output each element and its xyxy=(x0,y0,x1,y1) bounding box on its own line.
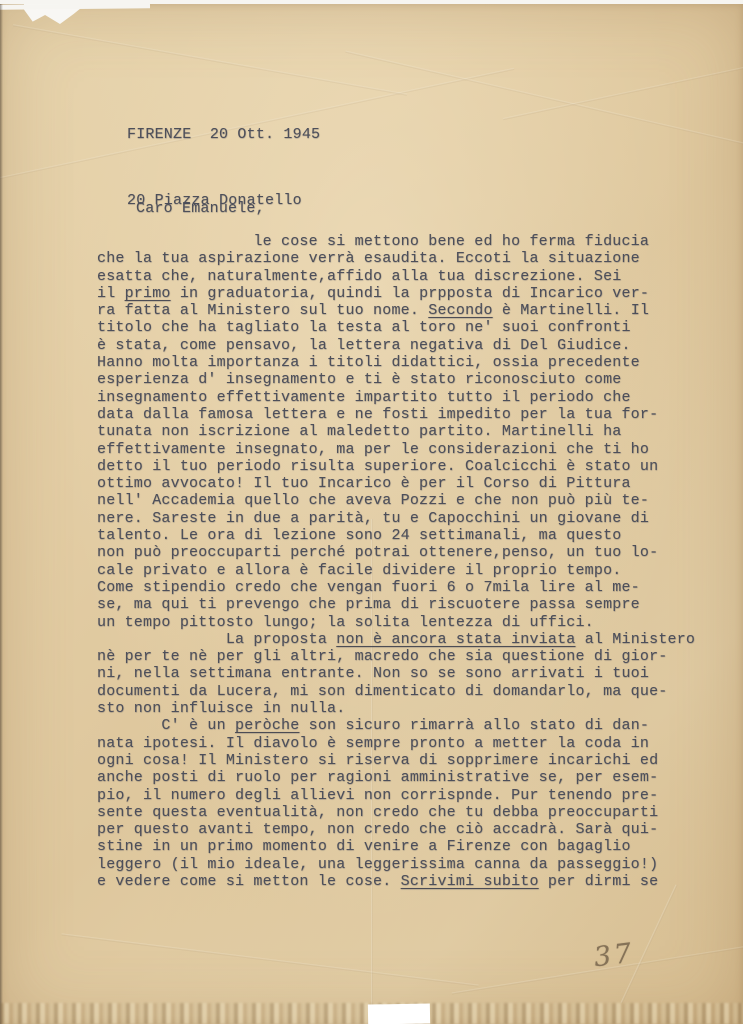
typed-text: nè per te nè per gli altri, macredo che … xyxy=(97,648,668,665)
typed-text: il xyxy=(97,285,125,302)
letter-line: non può preoccuparti perché potrai otten… xyxy=(97,544,695,561)
typed-text: è stata, come pensavo, la lettera negati… xyxy=(97,337,631,354)
letter-line: sente questa eventualità, non credo che … xyxy=(97,804,695,821)
typed-text: se, ma qui ti prevengo che prima di risc… xyxy=(97,596,640,613)
letter-salutation: Caro Emanuele, xyxy=(136,200,265,217)
letter-city-date: FIRENZE 20 Ott. 1945 xyxy=(127,124,320,146)
handwritten-page-number: 37 xyxy=(592,938,636,974)
letter-line: nere. Sareste in due a parità, tu e Capo… xyxy=(97,510,695,527)
letter-line: C' è un peròche son sicuro rimarrà allo … xyxy=(97,717,695,734)
page-top-edge xyxy=(0,3,150,10)
underlined-text: Scrivimi subito xyxy=(401,873,539,890)
typed-text: Hanno molta importanza i titoli didattic… xyxy=(97,354,640,371)
typed-text: per dirmi se xyxy=(539,873,659,890)
typed-text: ottimo avvocato! Il tuo Incarico è per i… xyxy=(97,475,631,492)
letter-line: esperienza d' insegnamento e ti è stato … xyxy=(97,371,695,388)
letter-line: che la tua aspirazione verrà esaudita. E… xyxy=(97,250,695,267)
typed-text: titolo che ha tagliato la testa al toro … xyxy=(97,319,631,336)
letter-line: il primo in graduatoria, quindi la prppo… xyxy=(97,285,695,302)
typed-text: al Ministero xyxy=(576,631,696,648)
letter-line: data dalla famosa lettera e ne fosti imp… xyxy=(97,406,695,423)
letter-line: è stata, come pensavo, la lettera negati… xyxy=(97,337,695,354)
typed-text: C' è un xyxy=(97,717,235,734)
page-left-edge xyxy=(0,4,3,1024)
letter-line: insegnamento effettivamente impartito tu… xyxy=(97,389,695,406)
typed-text: insegnamento effettivamente impartito tu… xyxy=(97,389,631,406)
typed-text: per questo avanti tempo, non credo che c… xyxy=(97,821,658,838)
letter-line: detto il tuo periodo risulta superiore. … xyxy=(97,458,695,475)
letter-line: ogni cosa! Il Ministero si riserva di so… xyxy=(97,752,695,769)
letter-line: stine in un primo momento di venire a Fi… xyxy=(97,838,695,855)
typed-text: detto il tuo periodo risulta superiore. … xyxy=(97,458,658,475)
fold-crease xyxy=(61,933,478,986)
letter-line: ra fatta al Ministero sul tuo nome. Seco… xyxy=(97,302,695,319)
underlined-text: peròche xyxy=(235,717,299,734)
typed-text: tunata non iscrizione al maledetto parti… xyxy=(97,423,621,440)
letter-line: sto non influisce in nulla. xyxy=(97,700,695,717)
typed-text: leggero (il mio ideale, una leggerissima… xyxy=(97,856,658,873)
typed-text: Come stipendio credo che vengan fuori 6 … xyxy=(97,579,640,596)
letter-line: talento. Le ora di lezione sono 24 setti… xyxy=(97,527,695,544)
letter-line: tunata non iscrizione al maledetto parti… xyxy=(97,423,695,440)
letter-line: anche posti di ruolo per ragioni amminis… xyxy=(97,769,695,786)
letter-line: le cose si mettono bene ed ho ferma fidu… xyxy=(97,233,695,250)
letter-body: le cose si mettono bene ed ho ferma fidu… xyxy=(97,233,695,890)
typed-text: documenti da Lucera, mi son dimenticato … xyxy=(97,683,668,700)
letter-line: effettivamente insegnato, ma per le cons… xyxy=(97,441,695,458)
typed-text: esatta che, naturalmente,affido alla tua… xyxy=(97,268,621,285)
typed-text: non può preoccuparti perché potrai otten… xyxy=(97,544,658,561)
typed-text: ni, nella settimana entrante. Non so se … xyxy=(97,665,649,682)
letter-heading: FIRENZE 20 Ott. 1945 20 Piazza Donatello xyxy=(127,80,320,256)
letter-page: FIRENZE 20 Ott. 1945 20 Piazza Donatello… xyxy=(0,4,743,1024)
letter-line: leggero (il mio ideale, una leggerissima… xyxy=(97,856,695,873)
underlined-text: non è ancora stata inviata xyxy=(336,631,575,648)
typed-text: talento. Le ora di lezione sono 24 setti… xyxy=(97,527,621,544)
typed-text: un tempo pittosto lungo; la solita lente… xyxy=(97,614,594,631)
letter-line: se, ma qui ti prevengo che prima di risc… xyxy=(97,596,695,613)
letter-line: e vedere come si metton le cose. Scrivim… xyxy=(97,873,695,890)
letter-line: cale privato e allora è facile dividere … xyxy=(97,562,695,579)
letter-line: per questo avanti tempo, non credo che c… xyxy=(97,821,695,838)
letter-line: nè per te nè per gli altri, macredo che … xyxy=(97,648,695,665)
typed-text: data dalla famosa lettera e ne fosti imp… xyxy=(97,406,658,423)
typed-text: son sicuro rimarrà allo stato di dan- xyxy=(299,717,649,734)
letter-line: ottimo avvocato! Il tuo Incarico è per i… xyxy=(97,475,695,492)
letter-line: titolo che ha tagliato la testa al toro … xyxy=(97,319,695,336)
typed-text: nell' Accademia quello che aveva Pozzi e… xyxy=(97,492,649,509)
typed-text: in graduatoria, quindi la prpposta di In… xyxy=(171,285,649,302)
letter-line: pio, il numero degli allievi non corrisp… xyxy=(97,787,695,804)
underlined-text: primo xyxy=(125,285,171,302)
letter-line: nell' Accademia quello che aveva Pozzi e… xyxy=(97,492,695,509)
typed-text: nere. Sareste in due a parità, tu e Capo… xyxy=(97,510,649,527)
typed-text: nata ipotesi. Il diavolo è sempre pronto… xyxy=(97,735,649,752)
typed-text: cale privato e allora è facile dividere … xyxy=(97,562,621,579)
scan-edge-notch xyxy=(368,1003,430,1024)
typed-text: stine in un primo momento di venire a Fi… xyxy=(97,838,631,855)
letter-line: Hanno molta importanza i titoli didattic… xyxy=(97,354,695,371)
letter-line: esatta che, naturalmente,affido alla tua… xyxy=(97,268,695,285)
typed-text: è Martinelli. Il xyxy=(493,302,649,319)
typed-text: anche posti di ruolo per ragioni amminis… xyxy=(97,769,658,786)
typed-text: pio, il numero degli allievi non corrisp… xyxy=(97,787,658,804)
typed-text: effettivamente insegnato, ma per le cons… xyxy=(97,441,649,458)
typed-text: ogni cosa! Il Ministero si riserva di so… xyxy=(97,752,658,769)
letter-line: La proposta non è ancora stata inviata a… xyxy=(97,631,695,648)
fold-crease xyxy=(503,60,743,120)
typed-text: sente questa eventualità, non credo che … xyxy=(97,804,658,821)
typed-text: sto non influisce in nulla. xyxy=(97,700,345,717)
underlined-text: Secondo xyxy=(428,302,492,319)
letter-line: un tempo pittosto lungo; la solita lente… xyxy=(97,614,695,631)
letter-line: nata ipotesi. Il diavolo è sempre pronto… xyxy=(97,735,695,752)
letter-line: documenti da Lucera, mi son dimenticato … xyxy=(97,683,695,700)
scanned-letter-viewport: FIRENZE 20 Ott. 1945 20 Piazza Donatello… xyxy=(0,0,743,1024)
typed-text: le cose si mettono bene ed ho ferma fidu… xyxy=(97,233,649,250)
fold-crease xyxy=(345,51,743,150)
typed-text: e vedere come si metton le cose. xyxy=(97,873,401,890)
letter-line: ni, nella settimana entrante. Non so se … xyxy=(97,665,695,682)
typed-text: esperienza d' insegnamento e ti è stato … xyxy=(97,371,621,388)
typed-text: La proposta xyxy=(97,631,336,648)
typed-text: che la tua aspirazione verrà esaudita. E… xyxy=(97,250,640,267)
typed-text: ra fatta al Ministero sul tuo nome. xyxy=(97,302,428,319)
letter-line: Come stipendio credo che vengan fuori 6 … xyxy=(97,579,695,596)
